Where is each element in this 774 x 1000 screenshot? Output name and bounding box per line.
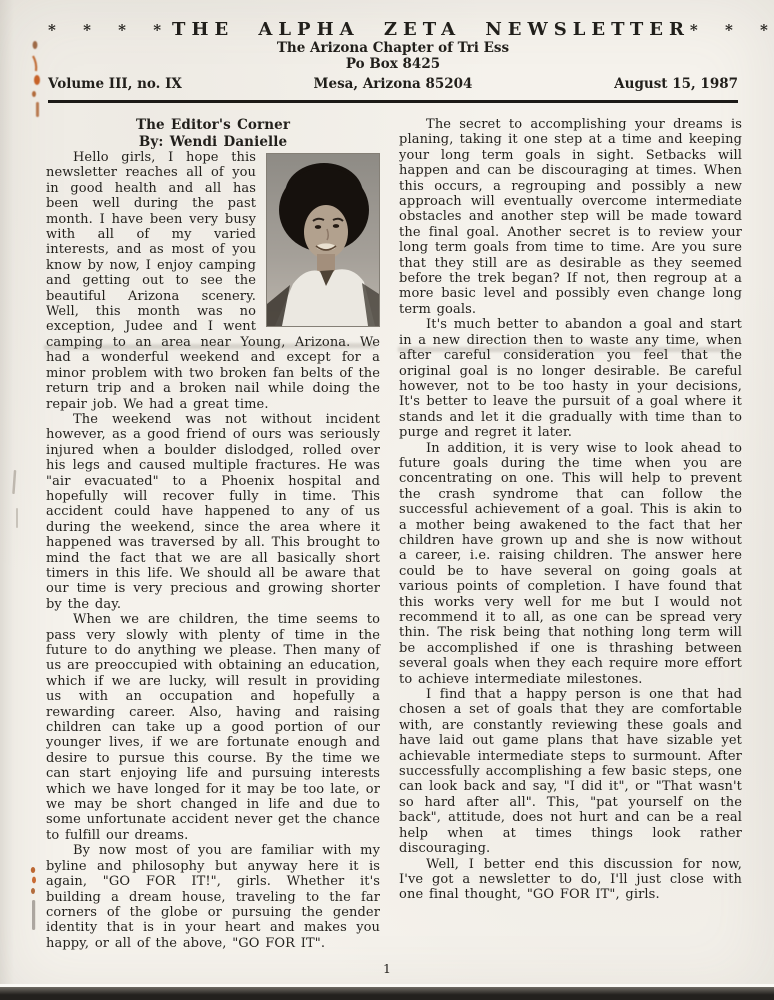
main-column: The secret to accomplishing your dreams … [399, 117, 742, 951]
paragraph: The weekend was not without incident how… [46, 412, 380, 612]
editor-byline: By: Wendi Danielle [46, 134, 380, 151]
masthead-title-row: * * * * THE ALPHA ZETA NEWSLETTER * * * … [48, 19, 738, 40]
paragraph: When we are children, the time seems to … [46, 612, 380, 843]
masthead: * * * * THE ALPHA ZETA NEWSLETTER * * * … [0, 0, 774, 103]
editor-portrait-photo [266, 153, 380, 327]
paragraph: The secret to accomplishing your dreams … [399, 117, 742, 317]
scanner-edge-band [0, 984, 774, 1000]
paragraph: In addition, it is very wise to look ahe… [399, 441, 742, 688]
issue-date: August 15, 1987 [472, 76, 738, 92]
editor-column: The Editor's Corner By: Wendi Danielle [46, 117, 380, 951]
scan-smudge [398, 347, 733, 352]
paragraph: By now most of you are familiar with my … [46, 843, 380, 951]
paragraph: Well, I better end this discussion for n… [399, 857, 742, 903]
page-number: 1 [0, 961, 774, 976]
paragraph: It's much better to abandon a goal and s… [399, 317, 742, 440]
pencil-mark [8, 466, 24, 540]
newsletter-page: * * * * THE ALPHA ZETA NEWSLETTER * * * … [0, 0, 774, 1000]
newsletter-title: THE ALPHA ZETA NEWSLETTER [172, 19, 690, 40]
ink-stain [24, 864, 44, 938]
address-line: Mesa, Arizona 85204 [314, 76, 473, 92]
article-columns: The Editor's Corner By: Wendi Danielle [0, 103, 774, 951]
issue-info-row: Volume III, no. IX Mesa, Arizona 85204 A… [48, 76, 738, 92]
stars-right-decoration: * * * * [690, 21, 774, 39]
organization-line: The Arizona Chapter of Tri Ess [48, 40, 738, 56]
ink-stain [24, 36, 52, 122]
paragraph: I find that a happy person is one that h… [399, 687, 742, 856]
stars-left-decoration: * * * * [48, 21, 172, 39]
volume-label: Volume III, no. IX [48, 76, 314, 92]
po-box-line: Po Box 8425 [48, 56, 738, 72]
main-paragraphs: The secret to accomplishing your dreams … [399, 117, 742, 903]
editor-corner-title: The Editor's Corner [46, 117, 380, 134]
